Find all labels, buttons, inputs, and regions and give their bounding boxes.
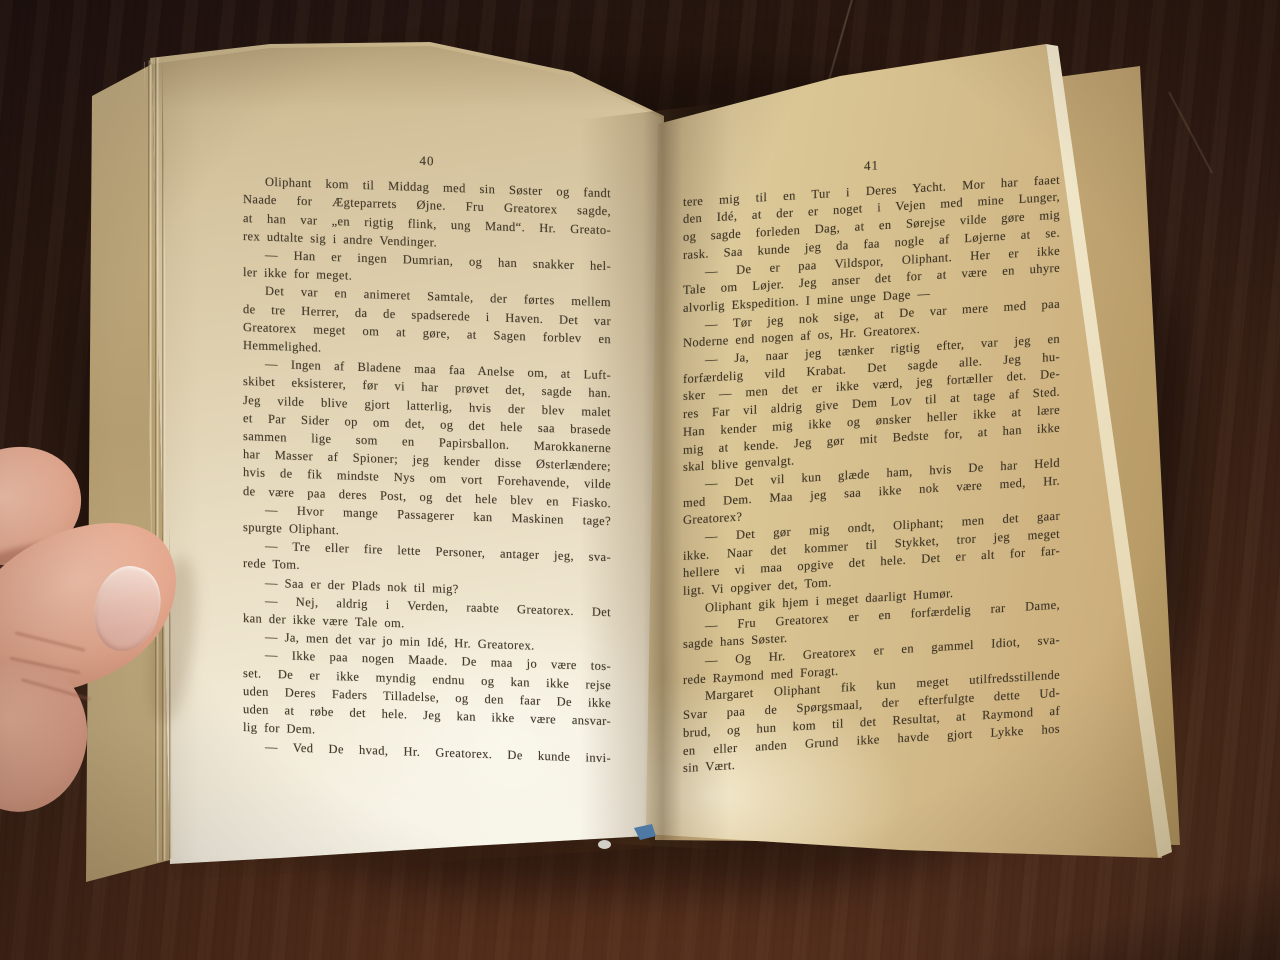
table-scratch: [1168, 92, 1213, 174]
paper-speck: [598, 840, 611, 849]
right-page-text: 41 tere mig til en Tur i Deres Yacht. Mo…: [683, 146, 1060, 778]
left-page-lines: Oliphant kom til Middag med sin Søster o…: [243, 172, 611, 767]
right-page-lines: tere mig til en Tur i Deres Yacht. Mor h…: [683, 171, 1060, 778]
left-page-text: 40 Oliphant kom til Middag med sin Søste…: [243, 146, 611, 767]
photo-open-book-scene: 40 Oliphant kom til Middag med sin Søste…: [0, 0, 1280, 960]
